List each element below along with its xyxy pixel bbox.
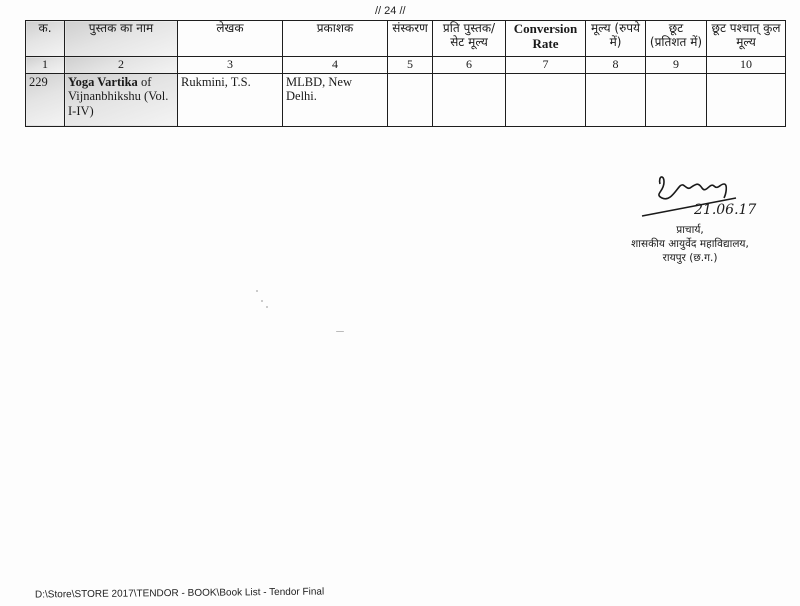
column-number: 4 — [283, 57, 388, 74]
designation: प्राचार्य, — [590, 223, 790, 237]
header-price-inr: मूल्य (रुपये में) — [586, 21, 646, 57]
header-discount-percent: छूट (प्रतिशत में) — [646, 21, 707, 57]
cell-book-name: Yoga Vartika of Vijnanbhikshu (Vol. I-IV… — [65, 73, 178, 126]
column-number: 1 — [26, 57, 65, 74]
book-list-table: क. पुस्तक का नाम लेखक प्रकाशक संस्करण प्… — [25, 20, 786, 127]
signature-block: प्राचार्य, शासकीय आयुर्वेद महाविद्यालय, … — [590, 175, 790, 266]
header-publisher: प्रकाशक — [283, 21, 388, 57]
column-number: 8 — [586, 57, 646, 74]
column-number: 6 — [433, 57, 506, 74]
cell-conversion-rate — [506, 73, 586, 126]
header-price-per-set: प्रति पुस्तक/ सेट मूल्य — [433, 21, 506, 57]
cell-edition — [388, 73, 433, 126]
scan-speck — [266, 306, 268, 308]
header-conversion-rate: Conversion Rate — [506, 21, 586, 57]
column-number: 7 — [506, 57, 586, 74]
cell-serial-no: 229 — [26, 73, 65, 126]
header-serial-no: क. — [26, 21, 65, 57]
column-number: 9 — [646, 57, 707, 74]
institution-name: शासकीय आयुर्वेद महाविद्यालय, — [590, 237, 790, 251]
scan-speck — [256, 290, 258, 292]
footer-file-path: D:\Store\STORE 2017\TENDOR - BOOK\Book L… — [35, 586, 324, 600]
column-number-row: 1 2 3 4 5 6 7 8 9 10 — [26, 57, 786, 74]
header-book-name: पुस्तक का नाम — [65, 21, 178, 57]
cell-publisher: MLBD, New Delhi. — [283, 73, 388, 126]
header-author: लेखक — [178, 21, 283, 57]
cell-discount-percent — [646, 73, 707, 126]
header-total-after-discount: छूट पश्चात् कुल मूल्य — [707, 21, 786, 57]
page-number: // 24 // — [375, 5, 406, 17]
institution-location: रायपुर (छ.ग.) — [590, 251, 790, 265]
column-number: 2 — [65, 57, 178, 74]
book-title-bold: Yoga Vartika — [68, 75, 138, 89]
cell-total-after-discount — [707, 73, 786, 126]
cell-author: Rukmini, T.S. — [178, 73, 283, 126]
cell-price-per-set — [433, 73, 506, 126]
scan-speck — [336, 331, 344, 332]
header-edition: संस्करण — [388, 21, 433, 57]
column-number: 3 — [178, 57, 283, 74]
cell-price-inr — [586, 73, 646, 126]
header-row: क. पुस्तक का नाम लेखक प्रकाशक संस्करण प्… — [26, 21, 786, 57]
column-number: 5 — [388, 57, 433, 74]
scan-speck — [261, 300, 263, 302]
column-number: 10 — [707, 57, 786, 74]
table-row: 229 Yoga Vartika of Vijnanbhikshu (Vol. … — [26, 73, 786, 126]
